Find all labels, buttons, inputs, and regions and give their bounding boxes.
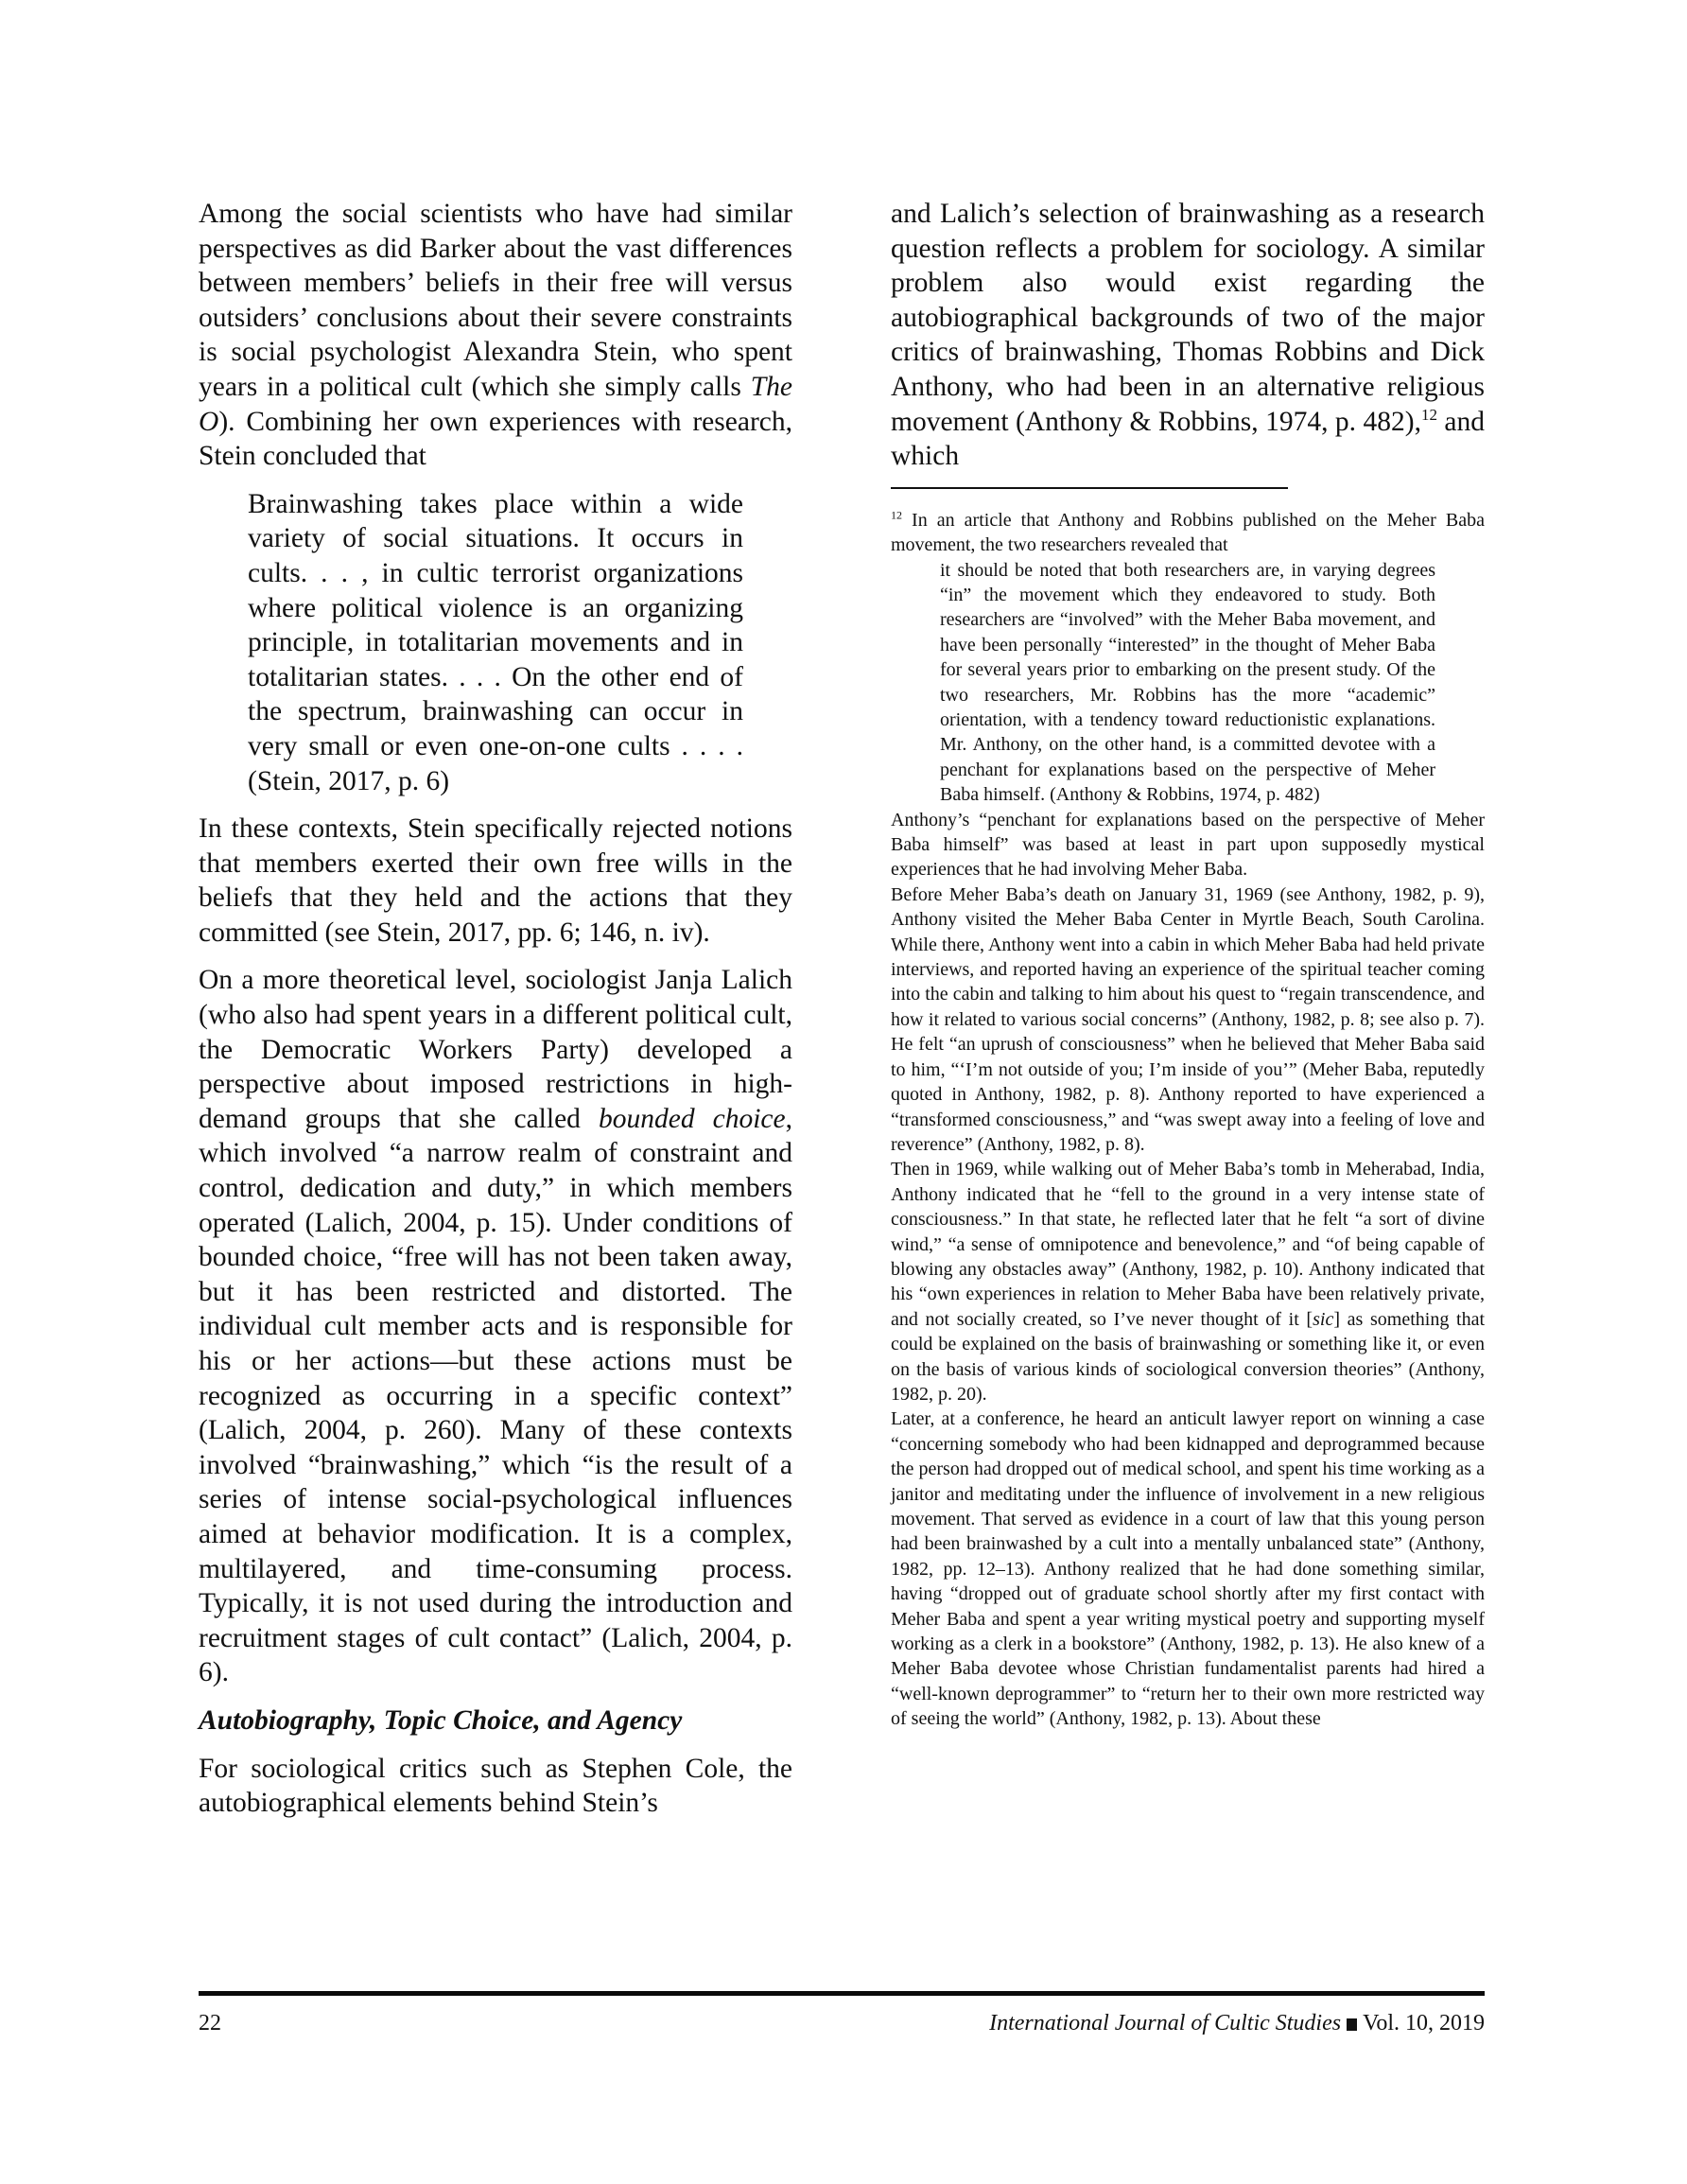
text: In an article that Anthony and Robbins p… [891, 510, 1485, 555]
page-number: 22 [199, 2011, 221, 2036]
paragraph-cole: For sociological critics such as Stephen… [199, 1752, 792, 1821]
footer-divider [199, 1991, 1485, 1996]
footnote-paragraph-myrtle-beach: Before Meher Baba’s death on January 31,… [891, 882, 1485, 1157]
footnote-block-quote: it should be noted that both researchers… [940, 558, 1435, 808]
text: and Lalich’s selection of brainwashing a… [891, 199, 1485, 437]
left-column: Among the social scientists who have had… [199, 197, 792, 1834]
volume-info: Vol. 10, 2019 [1363, 2011, 1485, 2035]
square-bullet-icon [1347, 2018, 1357, 2031]
footnote-divider [891, 487, 1288, 489]
block-quote-stein: Brainwashing takes place within a wide v… [248, 487, 743, 798]
footnote-paragraph-penchant: Anthony’s “penchant for explanations bas… [891, 808, 1485, 882]
journal-title: International Journal of Cultic Studies [989, 2011, 1341, 2035]
footnote-paragraph-meherabad: Then in 1969, while walking out of Meher… [891, 1157, 1485, 1406]
paragraph-lalich: On a more theoretical level, sociologist… [199, 963, 792, 1689]
running-footer: International Journal of Cultic StudiesV… [989, 2011, 1485, 2036]
text: ). Combining her own experiences with re… [199, 407, 792, 472]
paragraph-stein-intro: Among the social scientists who have had… [199, 197, 792, 474]
italic-sic: sic [1313, 1309, 1333, 1330]
section-heading: Autobiography, Topic Choice, and Agency [199, 1704, 792, 1738]
text: Then in 1969, while walking out of Meher… [891, 1159, 1485, 1329]
right-column: and Lalich’s selection of brainwashing a… [891, 197, 1485, 1732]
footnote-ref-12[interactable]: 12 [1421, 406, 1437, 424]
text: Among the social scientists who have had… [199, 199, 792, 402]
footnote-12: 12 In an article that Anthony and Robbin… [891, 508, 1485, 1732]
italic-term: bounded choice [599, 1104, 786, 1134]
footnote-number: 12 [891, 508, 902, 521]
paragraph-robbins-anthony: and Lalich’s selection of brainwashing a… [891, 197, 1485, 474]
paragraph-contexts: In these contexts, Stein specifically re… [199, 812, 792, 950]
text: , which involved “a narrow realm of cons… [199, 1104, 792, 1688]
page-footer: 22 International Journal of Cultic Studi… [199, 2011, 1485, 2036]
footnote-paragraph-conference: Later, at a conference, he heard an anti… [891, 1406, 1485, 1731]
footnote-intro: 12 In an article that Anthony and Robbin… [891, 508, 1485, 558]
